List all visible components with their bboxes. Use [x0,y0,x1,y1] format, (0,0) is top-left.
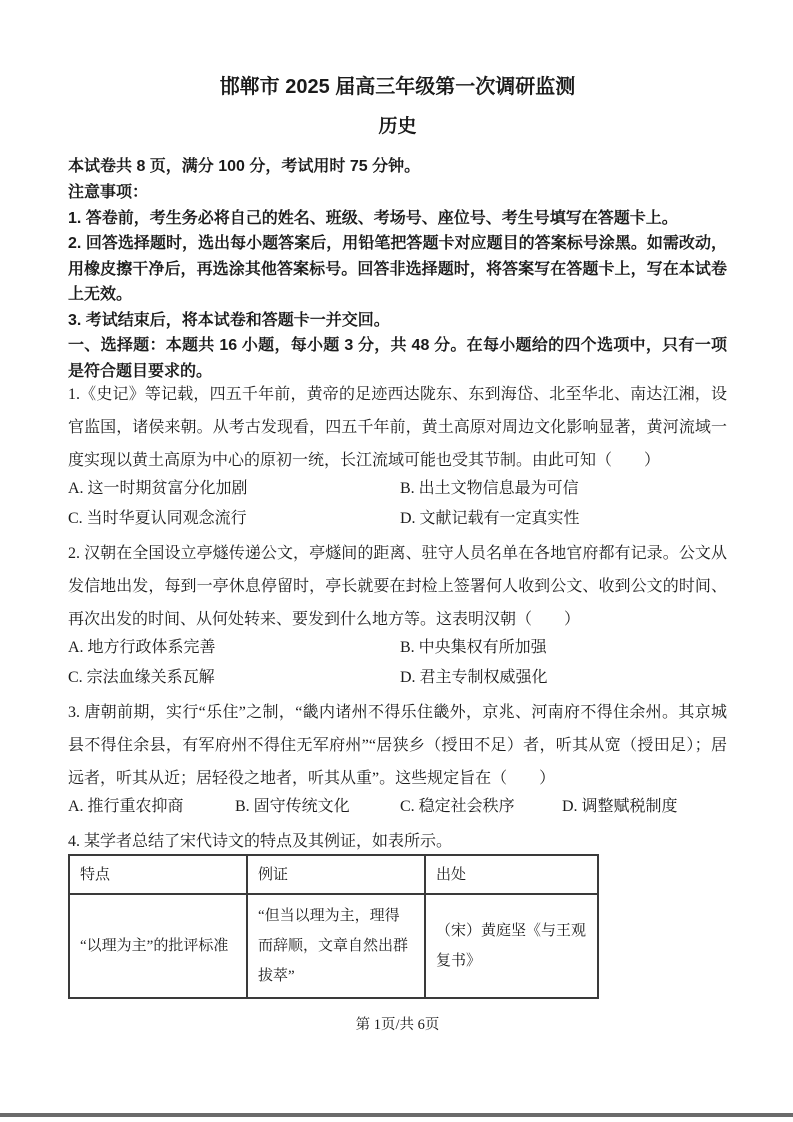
notice-item-3: 3. 考试结束后，将本试卷和答题卡一并交回。 [68,308,727,334]
question-3-text: 3. 唐朝前期，实行“乐住”之制，“畿内诸州不得乐住畿外，京兆、河南府不得住余州… [68,696,727,795]
question-1-text: 1.《史记》等记载，四五千年前，黄帝的足迹西达陇东、东到海岱、北至华北、南达江湘… [68,378,727,477]
question-2: 2. 汉朝在全国设立亭燧传递公文，亭燧间的距离、驻守人员名单在各地官府都有记录。… [68,537,727,693]
question-1-option-c: C. 当时华夏认同观念流行 [68,504,400,534]
question-3: 3. 唐朝前期，实行“乐住”之制，“畿内诸州不得乐住畿外，京兆、河南府不得住余州… [68,696,727,822]
page-content: 邯郸市 2025 届高三年级第一次调研监测 历史 本试卷共 8 页，满分 100… [68,0,727,1035]
table-header-source: 出处 [425,855,598,894]
exam-paper-page: 邯郸市 2025 届高三年级第一次调研监测 历史 本试卷共 8 页，满分 100… [0,0,793,1122]
question-1-options: A. 这一时期贫富分化加剧 B. 出土文物信息最为可信 C. 当时华夏认同观念流… [68,474,727,534]
exam-title: 邯郸市 2025 届高三年级第一次调研监测 [68,0,727,100]
question-2-options: A. 地方行政体系完善 B. 中央集权有所加强 C. 宗法血缘关系瓦解 D. 君… [68,633,727,693]
exam-subject: 历史 [68,114,727,140]
exam-info: 本试卷共 8 页，满分 100 分，考试用时 75 分钟。 [68,154,727,180]
table-header-row: 特点 例证 出处 [69,855,598,894]
notice-label: 注意事项： [68,180,727,206]
table-cell-example: “但当以理为主，理得而辞顺，文章自然出群拔萃” [247,894,425,998]
table-cell-source: （宋）黄庭坚《与王观复书》 [425,894,598,998]
question-4-text: 4. 某学者总结了宋代诗文的特点及其例证，如表所示。 [68,825,727,858]
question-1: 1.《史记》等记载，四五千年前，黄帝的足迹西达陇东、东到海岱、北至华北、南达江湘… [68,378,727,534]
question-1-option-a: A. 这一时期贫富分化加剧 [68,474,400,504]
page-number-indicator: 第 1页/共 6页 [68,1015,727,1035]
question-3-option-a: A. 推行重农抑商 [68,792,235,822]
table-header-feature: 特点 [69,855,247,894]
question-2-option-a: A. 地方行政体系完善 [68,633,400,663]
question-4: 4. 某学者总结了宋代诗文的特点及其例证，如表所示。 特点 例证 出处 “以理为… [68,825,727,999]
notice-block: 注意事项： 1. 答卷前，考生务必将自己的姓名、班级、考场号、座位号、考生号填写… [68,180,727,333]
question-3-option-d: D. 调整赋税制度 [562,792,727,822]
question-3-options: A. 推行重农抑商 B. 固守传统文化 C. 稳定社会秩序 D. 调整赋税制度 [68,792,727,822]
song-poetry-feature-table: 特点 例证 出处 “以理为主”的批评标准 “但当以理为主，理得而辞顺，文章自然出… [68,854,599,999]
bottom-divider [0,1113,793,1117]
question-2-option-d: D. 君主专制权威强化 [400,663,727,693]
question-1-option-d: D. 文献记载有一定真实性 [400,504,727,534]
question-3-option-b: B. 固守传统文化 [235,792,400,822]
question-1-option-b: B. 出土文物信息最为可信 [400,474,727,504]
notice-item-1: 1. 答卷前，考生务必将自己的姓名、班级、考场号、座位号、考生号填写在答题卡上。 [68,206,727,232]
question-2-option-b: B. 中央集权有所加强 [400,633,727,663]
table-header-example: 例证 [247,855,425,894]
question-2-text: 2. 汉朝在全国设立亭燧传递公文，亭燧间的距离、驻守人员名单在各地官府都有记录。… [68,537,727,636]
question-2-option-c: C. 宗法血缘关系瓦解 [68,663,400,693]
question-3-option-c: C. 稳定社会秩序 [400,792,562,822]
table-row: “以理为主”的批评标准 “但当以理为主，理得而辞顺，文章自然出群拔萃” （宋）黄… [69,894,598,998]
notice-item-2: 2. 回答选择题时，选出每小题答案后，用铅笔把答题卡对应题目的答案标号涂黑。如需… [68,231,727,308]
table-cell-feature: “以理为主”的批评标准 [69,894,247,998]
section-header-choice-questions: 一、选择题：本题共 16 小题，每小题 3 分，共 48 分。在每小题给的四个选… [68,333,727,384]
